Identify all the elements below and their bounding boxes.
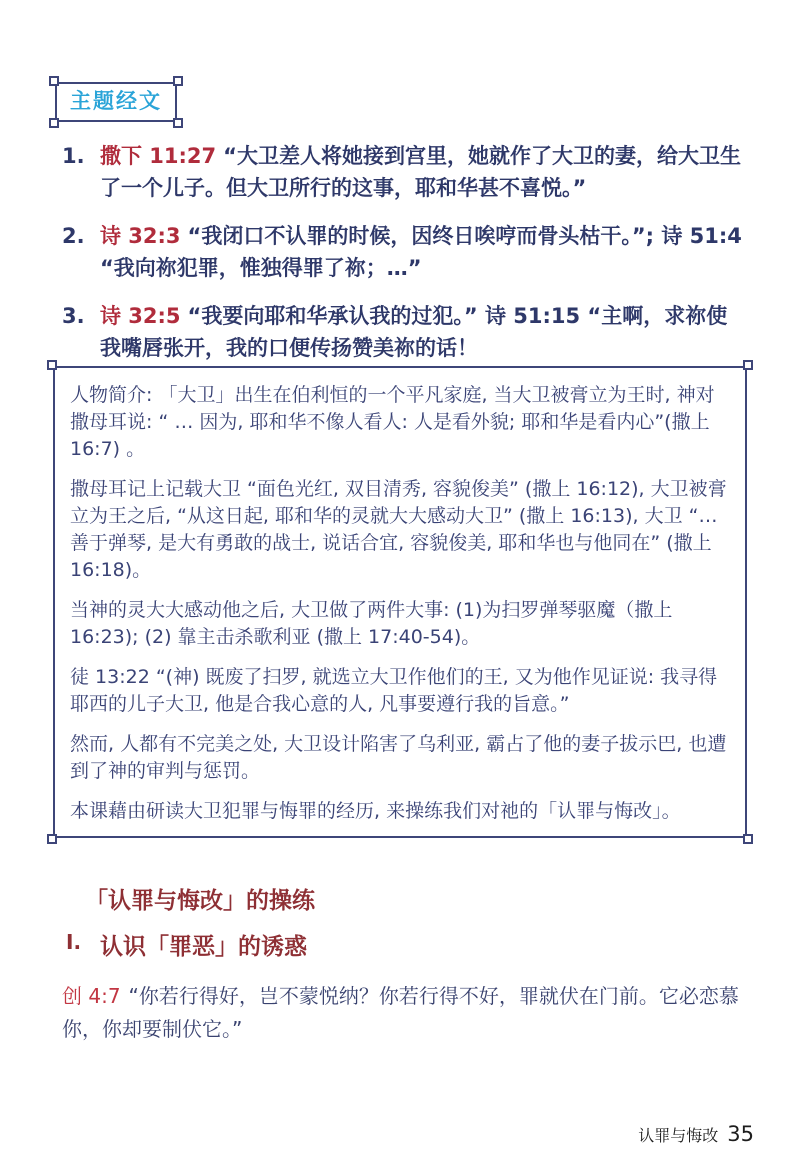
page-footer: 认罪与悔改35 <box>638 1122 754 1146</box>
frame-corner-icon <box>49 76 59 86</box>
theme-scripture-badge: 主题经文 <box>55 82 177 122</box>
frame-corner-icon <box>173 118 183 128</box>
scripture-reference: 诗 32:5 <box>100 304 181 328</box>
list-item: 1. 撒下 11:27“大卫差人将她接到宫里，她就作了大卫的妻，给大卫生了一个儿… <box>62 140 748 204</box>
item-text: 诗 32:5“我要向耶和华承认我的过犯。” 诗 51:15 “主啊，求祢使我嘴唇… <box>100 300 748 364</box>
scripture-reference: 撒下 11:27 <box>100 144 216 168</box>
frame-corner-icon <box>173 76 183 86</box>
section-heading-temptation: I. 认识「罪恶」的诱惑 <box>66 928 307 961</box>
biography-box: 人物简介: 「大卫」出生在伯利恒的一个平凡家庭, 当大卫被膏立为王时, 神对撒母… <box>53 366 747 838</box>
section-heading-text: 认识「罪恶」的诱惑 <box>100 928 307 961</box>
section-numeral: I. <box>66 928 100 961</box>
scripture-quote: “你若行得好，岂不蒙悦纳？你若行得不好，罪就伏在门前。它必恋慕你，你却要制伏它。… <box>62 984 739 1041</box>
scripture-quote: “我要向耶和华承认我的过犯。” 诗 51:15 “主啊，求祢使我嘴唇张开，我的口… <box>100 304 727 360</box>
bottom-scripture: 创 4:7“你若行得好，岂不蒙悦纳？你若行得不好，罪就伏在门前。它必恋慕你，你却… <box>62 980 752 1046</box>
scripture-reference: 诗 32:3 <box>100 224 181 248</box>
item-number: 3. <box>62 300 100 364</box>
scripture-list: 1. 撒下 11:27“大卫差人将她接到宫里，她就作了大卫的妻，给大卫生了一个儿… <box>62 140 748 380</box>
item-text: 诗 32:3“我闭口不认罪的时候，因终日唉哼而骨头枯干。”; 诗 51:4 “我… <box>100 220 748 284</box>
frame-corner-icon <box>49 118 59 128</box>
section-heading-practice: 「认罪与悔改」的操练 <box>85 882 315 915</box>
page-number: 35 <box>727 1122 754 1146</box>
bio-paragraph: 人物简介: 「大卫」出生在伯利恒的一个平凡家庭, 当大卫被膏立为王时, 神对撒母… <box>70 382 730 463</box>
frame-corner-icon <box>47 834 57 844</box>
frame-corner-icon <box>47 360 57 370</box>
item-number: 1. <box>62 140 100 204</box>
frame-corner-icon <box>743 834 753 844</box>
list-item: 2. 诗 32:3“我闭口不认罪的时候，因终日唉哼而骨头枯干。”; 诗 51:4… <box>62 220 748 284</box>
bio-paragraph: 当神的灵大大感动他之后, 大卫做了两件大事: (1)为扫罗弹琴驱魔（撒上 16:… <box>70 597 730 651</box>
list-item: 3. 诗 32:5“我要向耶和华承认我的过犯。” 诗 51:15 “主啊，求祢使… <box>62 300 748 364</box>
scripture-quote: “我闭口不认罪的时候，因终日唉哼而骨头枯干。”; 诗 51:4 “我向祢犯罪，惟… <box>100 224 742 280</box>
bio-paragraph: 徒 13:22 “(神) 既废了扫罗, 就选立大卫作他们的王, 又为他作见证说:… <box>70 664 730 718</box>
item-number: 2. <box>62 220 100 284</box>
bio-paragraph: 本课藉由研读大卫犯罪与悔罪的经历, 来操练我们对祂的「认罪与悔改」。 <box>70 798 730 825</box>
scripture-reference: 创 4:7 <box>62 984 121 1008</box>
bio-paragraph: 撒母耳记上记载大卫 “面色光红, 双目清秀, 容貌俊美” (撒上 16:12),… <box>70 476 730 584</box>
frame-corner-icon <box>743 360 753 370</box>
badge-label: 主题经文 <box>70 89 162 113</box>
document-page: 主题经文 1. 撒下 11:27“大卫差人将她接到宫里，她就作了大卫的妻，给大卫… <box>0 0 790 1170</box>
footer-title: 认罪与悔改 <box>638 1126 718 1145</box>
bio-paragraph: 然而, 人都有不完美之处, 大卫设计陷害了乌利亚, 霸占了他的妻子拔示巴, 也遭… <box>70 731 730 785</box>
item-text: 撒下 11:27“大卫差人将她接到宫里，她就作了大卫的妻，给大卫生了一个儿子。但… <box>100 140 748 204</box>
